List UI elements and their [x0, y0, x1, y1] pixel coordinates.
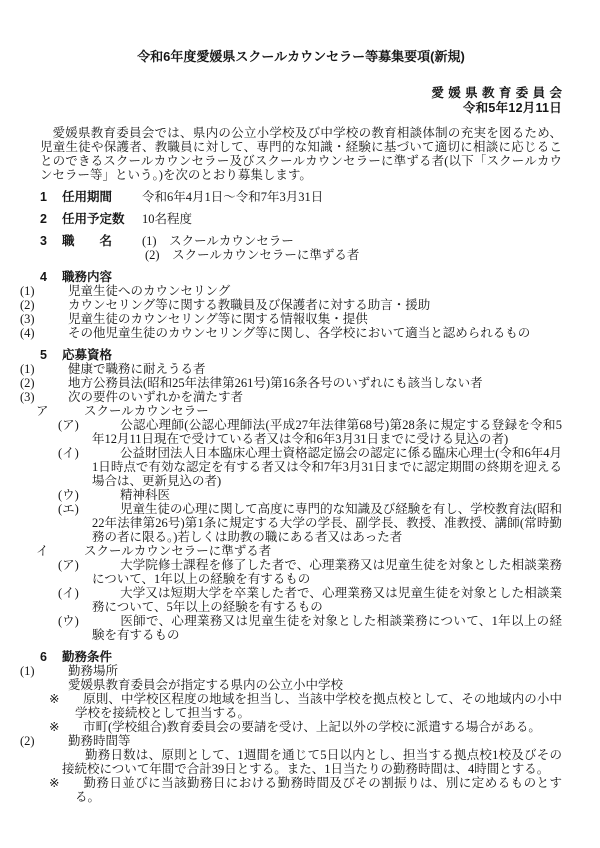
line-text: (1) スクールカウンセラー — [142, 234, 294, 248]
item-marker: (3) — [44, 390, 68, 404]
body-line: 愛媛県教育委員会が指定する県内の公立小中学校 — [40, 678, 562, 692]
line-text: 勤務時間等 — [68, 734, 131, 748]
section-row: 2任用予定数10名程度 — [40, 212, 562, 226]
section-number: 4 — [40, 270, 62, 284]
section-heading: 勤務条件 — [62, 650, 142, 664]
note-line: ※原則、中学校区程度の地域を担当し、当該中学校を拠点校として、その地域内の小中学… — [40, 692, 562, 720]
section-row-continuation: (2) スクールカウンセラーに準ずる者 — [40, 248, 562, 262]
numbered-item: (4)その他児童生徒のカウンセリング等に関し、各学校において適当と認められるもの — [40, 326, 562, 340]
note-line: ※市町(学校組合)教育委員会の要請を受け、上記以外の学校に派遣する場合がある。 — [40, 720, 562, 734]
line-text: スクールカウンセラー — [84, 404, 209, 418]
item-marker: (3) — [44, 312, 68, 326]
item-marker: (イ) — [75, 586, 120, 600]
section-row: 1任用期間令和6年4月1日〜令和7年3月31日 — [40, 190, 562, 204]
section-row: 4職務内容 — [40, 270, 562, 284]
section-row: 6勤務条件 — [40, 650, 562, 664]
line-text: 勤務場所 — [68, 664, 118, 678]
item-marker: (1) — [44, 362, 68, 376]
document-page: 令和6年度愛媛県スクールカウンセラー等募集要項(新規) 愛媛県教育委員会 令和5… — [0, 0, 600, 848]
numbered-item: (2)勤務時間等 — [40, 734, 562, 748]
item-marker: (2) — [44, 376, 68, 390]
lettered-item: イスクールカウンセラーに準ずる者 — [40, 544, 562, 558]
line-text: 勤務日数は、原則として、1週間を通じて5日以内とし、担当する拠点校1校及びその接… — [62, 748, 562, 776]
line-text: 大学院修士課程を修了した者で、心理業務又は児童生徒を対象とした相談業務について、… — [92, 558, 562, 586]
numbered-item: (3)児童生徒のカウンセリング等に関する情報収集・提供 — [40, 312, 562, 326]
section-heading: 応募資格 — [62, 348, 142, 362]
line-text: 愛媛県教育委員会が指定する県内の公立小中学校 — [68, 678, 343, 692]
numbered-item: (2)カウンセリング等に関する教職員及び保護者に対する助言・援助 — [40, 298, 562, 312]
item-marker: (2) — [44, 298, 68, 312]
line-text: 精神科医 — [120, 488, 170, 502]
item-marker: (1) — [44, 284, 68, 298]
line-text: 児童生徒へのカウンセリング — [68, 284, 230, 298]
item-marker: ※ — [62, 692, 83, 706]
line-text: 次の要件のいずれかを満たす者 — [68, 390, 243, 404]
item-marker: (ア) — [75, 558, 120, 572]
sub-item: (エ)児童生徒の心理に関して高度に専門的な知識及び経験を有し、学校教育法(昭和2… — [40, 502, 562, 544]
item-marker: (イ) — [75, 446, 120, 460]
section-row: 3職 名(1) スクールカウンセラー — [40, 234, 562, 248]
item-marker: ※ — [62, 776, 83, 790]
section-number: 1 — [40, 190, 62, 204]
numbered-item: (1)児童生徒へのカウンセリング — [40, 284, 562, 298]
numbered-item: (3)次の要件のいずれかを満たす者 — [40, 390, 562, 404]
sub-item: (ウ)医師で、心理業務又は児童生徒を対象とした相談業務について、1年以上の経験を… — [40, 614, 562, 642]
item-marker: イ — [60, 544, 84, 558]
numbered-item: (2)地方公務員法(昭和25年法律第261号)第16条各号のいずれにも該当しない… — [40, 376, 562, 390]
lettered-item: アスクールカウンセラー — [40, 404, 562, 418]
item-marker: (ウ) — [75, 488, 120, 502]
line-text: スクールカウンセラーに準ずる者 — [84, 544, 271, 558]
line-text: 公益財団法人日本臨床心理士資格認定協会の認定に係る臨床心理士(令和6年4月1日時… — [92, 446, 562, 488]
item-marker: (2) — [44, 734, 68, 748]
item-marker: ア — [60, 404, 84, 418]
line-text: 令和6年4月1日〜令和7年3月31日 — [142, 190, 323, 204]
line-text: 児童生徒の心理に関して高度に専門的な知識及び経験を有し、学校教育法(昭和22年法… — [92, 502, 562, 544]
sub-item: (ア)公認心理師(公認心理師法(平成27年法律第68号)第28条に規定する登録を… — [40, 418, 562, 446]
sub-item: (ウ)精神科医 — [40, 488, 562, 502]
section-number: 3 — [40, 234, 62, 248]
item-marker: (4) — [44, 326, 68, 340]
item-marker: (ア) — [75, 418, 120, 432]
sub-item: (ア)大学院修士課程を修了した者で、心理業務又は児童生徒を対象とした相談業務につ… — [40, 558, 562, 586]
sub-item: (イ)大学又は短期大学を卒業した者で、心理業務又は児童生徒を対象とした相談業務に… — [40, 586, 562, 614]
section-number: 2 — [40, 212, 62, 226]
line-text: 勤務日並びに当該勤務日における勤務時間及びその割振りは、別に定めるものとする。 — [75, 776, 562, 804]
numbered-item: (1)健康で職務に耐えうる者 — [40, 362, 562, 376]
section-row: 5応募資格 — [40, 348, 562, 362]
sub-item: (イ)公益財団法人日本臨床心理士資格認定協会の認定に係る臨床心理士(令和6年4月… — [40, 446, 562, 488]
section-heading: 職 名 — [62, 234, 142, 248]
line-text: 医師で、心理業務又は児童生徒を対象とした相談業務について、1年以上の経験を有する… — [92, 614, 562, 642]
line-text: 10名程度 — [142, 212, 192, 226]
item-marker: (ウ) — [75, 614, 120, 628]
item-marker: (1) — [44, 664, 68, 678]
section-number: 5 — [40, 348, 62, 362]
line-text: 児童生徒のカウンセリング等に関する情報収集・提供 — [68, 312, 368, 326]
item-marker: ※ — [62, 720, 83, 734]
note-line: ※勤務日並びに当該勤務日における勤務時間及びその割振りは、別に定めるものとする。 — [40, 776, 562, 804]
line-text: 健康で職務に耐えうる者 — [68, 362, 206, 376]
document-title: 令和6年度愛媛県スクールカウンセラー等募集要項(新規) — [40, 50, 562, 64]
section-number: 6 — [40, 650, 62, 664]
line-text: 大学又は短期大学を卒業した者で、心理業務又は児童生徒を対象とした相談業務について… — [92, 586, 562, 614]
section-heading: 任用期間 — [62, 190, 142, 204]
line-text: 市町(学校組合)教育委員会の要請を受け、上記以外の学校に派遣する場合がある。 — [83, 720, 541, 734]
issuer-name: 愛媛県教育委員会 — [40, 86, 566, 101]
section-heading: 職務内容 — [62, 270, 142, 284]
line-text: その他児童生徒のカウンセリング等に関し、各学校において適当と認められるもの — [68, 326, 530, 340]
section-heading: 任用予定数 — [62, 212, 142, 226]
line-text: (2) スクールカウンセラーに準ずる者 — [145, 248, 359, 262]
issue-date: 令和5年12月11日 — [40, 101, 562, 116]
issuer-block: 愛媛県教育委員会 令和5年12月11日 — [40, 86, 562, 116]
line-text: 公認心理師(公認心理師法(平成27年法律第68号)第28条に規定する登録を令和5… — [92, 418, 562, 446]
line-text: カウンセリング等に関する教職員及び保護者に対する助言・援助 — [68, 298, 430, 312]
numbered-item: (1)勤務場所 — [40, 664, 562, 678]
item-marker: (エ) — [75, 502, 120, 516]
intro-paragraph: 愛媛県教育委員会では、県内の公立小学校及び中学校の教育相談体制の充実を図るため、… — [40, 126, 562, 182]
line-text: 原則、中学校区程度の地域を担当し、当該中学校を拠点校として、その地域内の小中学校… — [75, 692, 562, 720]
line-text: 地方公務員法(昭和25年法律第261号)第16条各号のいずれにも該当しない者 — [68, 376, 483, 390]
body-paragraph: 勤務日数は、原則として、1週間を通じて5日以内とし、担当する拠点校1校及びその接… — [40, 748, 562, 776]
document-body: 1任用期間令和6年4月1日〜令和7年3月31日2任用予定数10名程度3職 名(1… — [40, 190, 562, 804]
